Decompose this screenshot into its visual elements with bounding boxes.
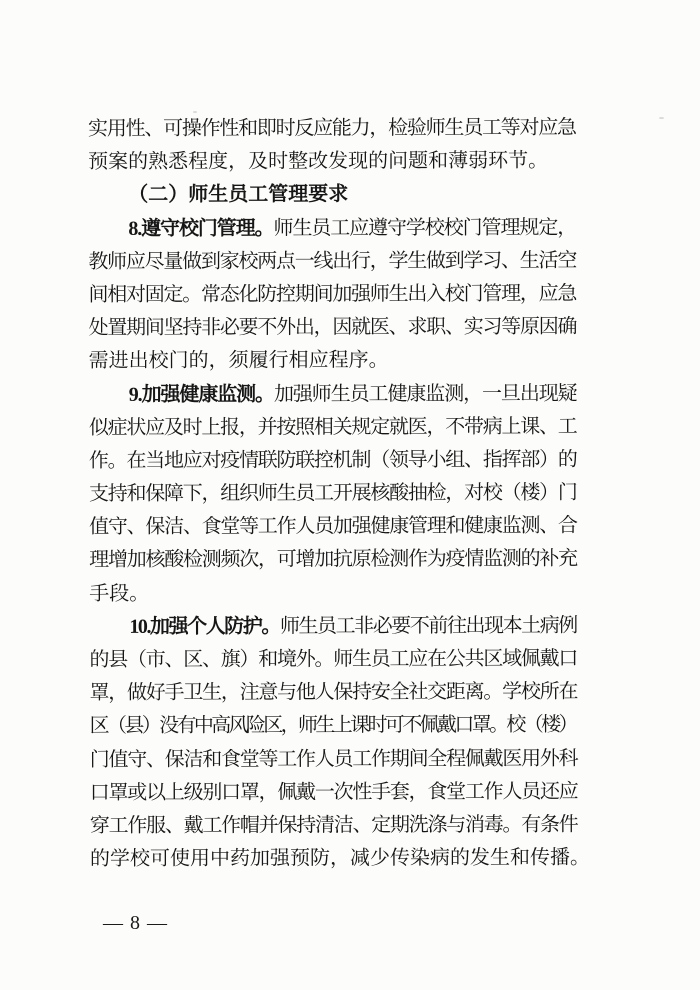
line-text: 处置期间坚持非必要不外出，因就医、求职、实习等原因确 bbox=[89, 311, 577, 345]
text-line: 支持和保障下，组织师生员工开展核酸抽检，对校（楼）门 bbox=[89, 477, 578, 511]
line-text: 实用性、可操作性和即时反应能力，检验师生员工等对应急 bbox=[88, 112, 576, 146]
line-text: 门值守、保洁和食堂等工作人员工作期间全程佩戴医用外科 bbox=[90, 742, 578, 776]
line-body-text: 支持和保障下，组织师生员工开展核酸抽检，对校（楼）门 bbox=[89, 482, 577, 505]
line-body-text: 手段。 bbox=[89, 582, 149, 604]
text-line: 手段。 bbox=[89, 576, 578, 610]
text-line: 值守、保洁、食堂等工作人员加强健康管理和健康监测、合 bbox=[89, 510, 578, 544]
scanned-document-page: 实用性、可操作性和即时反应能力，检验师生员工等对应急预案的熟悉程度，及时整改发现… bbox=[0, 0, 700, 990]
line-text: （二）师生员工管理要求 bbox=[128, 179, 348, 213]
line-text: 手段。 bbox=[89, 577, 149, 610]
text-line: 实用性、可操作性和即时反应能力，检验师生员工等对应急 bbox=[88, 112, 577, 146]
line-text: 罩，做好手卫生，注意与他人保持安全社交距离。学校所在 bbox=[89, 676, 577, 710]
line-body-text: 口罩或以上级别口罩，佩戴一次性手套，食堂工作人员还应 bbox=[90, 780, 578, 803]
line-body-text: 理增加核酸检测频次，可增加抗原检测作为疫情监测的补充 bbox=[89, 548, 577, 571]
line-text: 穿工作服、戴工作帽并保持清洁、定期洗涤与消毒。有条件 bbox=[90, 809, 578, 843]
text-line: 穿工作服、戴工作帽并保持清洁、定期洗涤与消毒。有条件 bbox=[90, 809, 579, 843]
text-line: 间相对固定。常态化防控期间加强师生出入校门管理，应急 bbox=[88, 278, 577, 312]
text-line: 的县（市、区、旗）和境外。师生员工应在公共区域佩戴口 bbox=[89, 643, 578, 677]
line-body-text: 需进出校门的，须履行相应程序。 bbox=[89, 350, 389, 373]
line-text: 8.遵守校门管理。师生员工应遵守学校校门管理规定， bbox=[128, 211, 576, 245]
line-bold-lead: 10.加强个人防护。 bbox=[129, 615, 280, 637]
line-body-text: 的县（市、区、旗）和境外。师生员工应在公共区域佩戴口 bbox=[89, 648, 577, 671]
line-text: 需进出校门的，须履行相应程序。 bbox=[89, 345, 389, 379]
text-line: 需进出校门的，须履行相应程序。 bbox=[89, 344, 578, 378]
paragraph-start-line: 10.加强个人防护。师生员工非必要不前往出现本土病例 bbox=[89, 610, 578, 644]
text-line: 的学校可使用中药加强预防，减少传染病的发生和传播。 bbox=[90, 842, 579, 876]
text-line: 口罩或以上级别口罩，佩戴一次性手套，食堂工作人员还应 bbox=[90, 775, 579, 809]
line-body-text: 门值守、保洁和食堂等工作人员工作期间全程佩戴医用外科 bbox=[90, 747, 578, 770]
line-body-text: 师生员工非必要不前往出现本土病例 bbox=[280, 615, 577, 638]
line-body-text: 区（县）没有中高风险区，师生上课时可不佩戴口罩。校（楼） bbox=[90, 714, 576, 737]
line-text: 的县（市、区、旗）和境外。师生员工应在公共区域佩戴口 bbox=[89, 643, 577, 677]
line-text: 间相对固定。常态化防控期间加强师生出入校门管理，应急 bbox=[88, 278, 576, 312]
text-line: 似症状应及时上报，并按照相关规定就医，不带病上课、工 bbox=[89, 410, 578, 444]
line-body-text: 作。在当地应对疫情联防联控机制（领导小组、指挥部）的 bbox=[89, 449, 577, 472]
line-text: 作。在当地应对疫情联防联控机制（领导小组、指挥部）的 bbox=[89, 444, 577, 478]
section-heading: （二）师生员工管理要求 bbox=[88, 178, 577, 212]
line-text: 理增加核酸检测频次，可增加抗原检测作为疫情监测的补充 bbox=[89, 543, 577, 577]
line-bold-lead: （二）师生员工管理要求 bbox=[128, 184, 348, 207]
line-body-text: 师生员工应遵守学校校门管理规定， bbox=[273, 216, 576, 239]
text-line: 教师应尽量做到家校两点一线出行，学生做到学习、生活空 bbox=[88, 244, 577, 278]
text-block: 实用性、可操作性和即时反应能力，检验师生员工等对应急预案的熟悉程度，及时整改发现… bbox=[88, 112, 579, 877]
text-line: 预案的熟悉程度，及时整改发现的问题和薄弱环节。 bbox=[88, 145, 577, 179]
line-body-text: 穿工作服、戴工作帽并保持清洁、定期洗涤与消毒。有条件 bbox=[90, 814, 578, 837]
line-body-text: 教师应尽量做到家校两点一线出行，学生做到学习、生活空 bbox=[88, 249, 576, 272]
scan-speck bbox=[659, 117, 664, 119]
line-body-text: 的学校可使用中药加强预防，减少传染病的发生和传播。 bbox=[90, 847, 590, 870]
text-line: 作。在当地应对疫情联防联控机制（领导小组、指挥部）的 bbox=[89, 444, 578, 478]
text-line: 区（县）没有中高风险区，师生上课时可不佩戴口罩。校（楼） bbox=[90, 709, 579, 743]
line-body-text: 加强师生员工健康监测，一旦出现疑 bbox=[274, 382, 577, 405]
line-text: 10.加强个人防护。师生员工非必要不前往出现本土病例 bbox=[129, 610, 577, 644]
line-bold-lead: 9.加强健康监测。 bbox=[129, 383, 274, 405]
line-text: 教师应尽量做到家校两点一线出行，学生做到学习、生活空 bbox=[88, 244, 576, 278]
line-text: 口罩或以上级别口罩，佩戴一次性手套，食堂工作人员还应 bbox=[90, 775, 578, 809]
page-number: — 8 — bbox=[103, 907, 168, 940]
line-text: 9.加强健康监测。加强师生员工健康监测，一旦出现疑 bbox=[129, 377, 577, 411]
text-line: 罩，做好手卫生，注意与他人保持安全社交距离。学校所在 bbox=[89, 676, 578, 710]
text-line: 处置期间坚持非必要不外出，因就医、求职、实习等原因确 bbox=[89, 311, 578, 345]
paragraph-start-line: 8.遵守校门管理。师生员工应遵守学校校门管理规定， bbox=[88, 211, 577, 245]
line-text: 区（县）没有中高风险区，师生上课时可不佩戴口罩。校（楼） bbox=[90, 709, 576, 743]
text-line: 理增加核酸检测频次，可增加抗原检测作为疫情监测的补充 bbox=[89, 543, 578, 577]
line-text: 的学校可使用中药加强预防，减少传染病的发生和传播。 bbox=[90, 842, 590, 877]
line-body-text: 似症状应及时上报，并按照相关规定就医，不带病上课、工 bbox=[89, 415, 577, 438]
line-body-text: 值守、保洁、食堂等工作人员加强健康管理和健康监测、合 bbox=[89, 515, 577, 538]
line-body-text: 实用性、可操作性和即时反应能力，检验师生员工等对应急 bbox=[88, 117, 576, 140]
line-bold-lead: 8.遵守校门管理。 bbox=[128, 217, 273, 239]
line-text: 似症状应及时上报，并按照相关规定就医，不带病上课、工 bbox=[89, 410, 577, 444]
text-line: 门值守、保洁和食堂等工作人员工作期间全程佩戴医用外科 bbox=[90, 742, 579, 776]
line-text: 值守、保洁、食堂等工作人员加强健康管理和健康监测、合 bbox=[89, 510, 577, 544]
line-body-text: 罩，做好手卫生，注意与他人保持安全社交距离。学校所在 bbox=[89, 681, 577, 704]
paragraph-start-line: 9.加强健康监测。加强师生员工健康监测，一旦出现疑 bbox=[89, 377, 578, 411]
line-body-text: 预案的熟悉程度，及时整改发现的问题和薄弱环节。 bbox=[88, 150, 548, 173]
line-text: 支持和保障下，组织师生员工开展核酸抽检，对校（楼）门 bbox=[89, 477, 577, 511]
line-text: 预案的熟悉程度，及时整改发现的问题和薄弱环节。 bbox=[88, 145, 548, 179]
line-body-text: 处置期间坚持非必要不外出，因就医、求职、实习等原因确 bbox=[89, 316, 577, 339]
line-body-text: 间相对固定。常态化防控期间加强师生出入校门管理，应急 bbox=[88, 283, 576, 306]
